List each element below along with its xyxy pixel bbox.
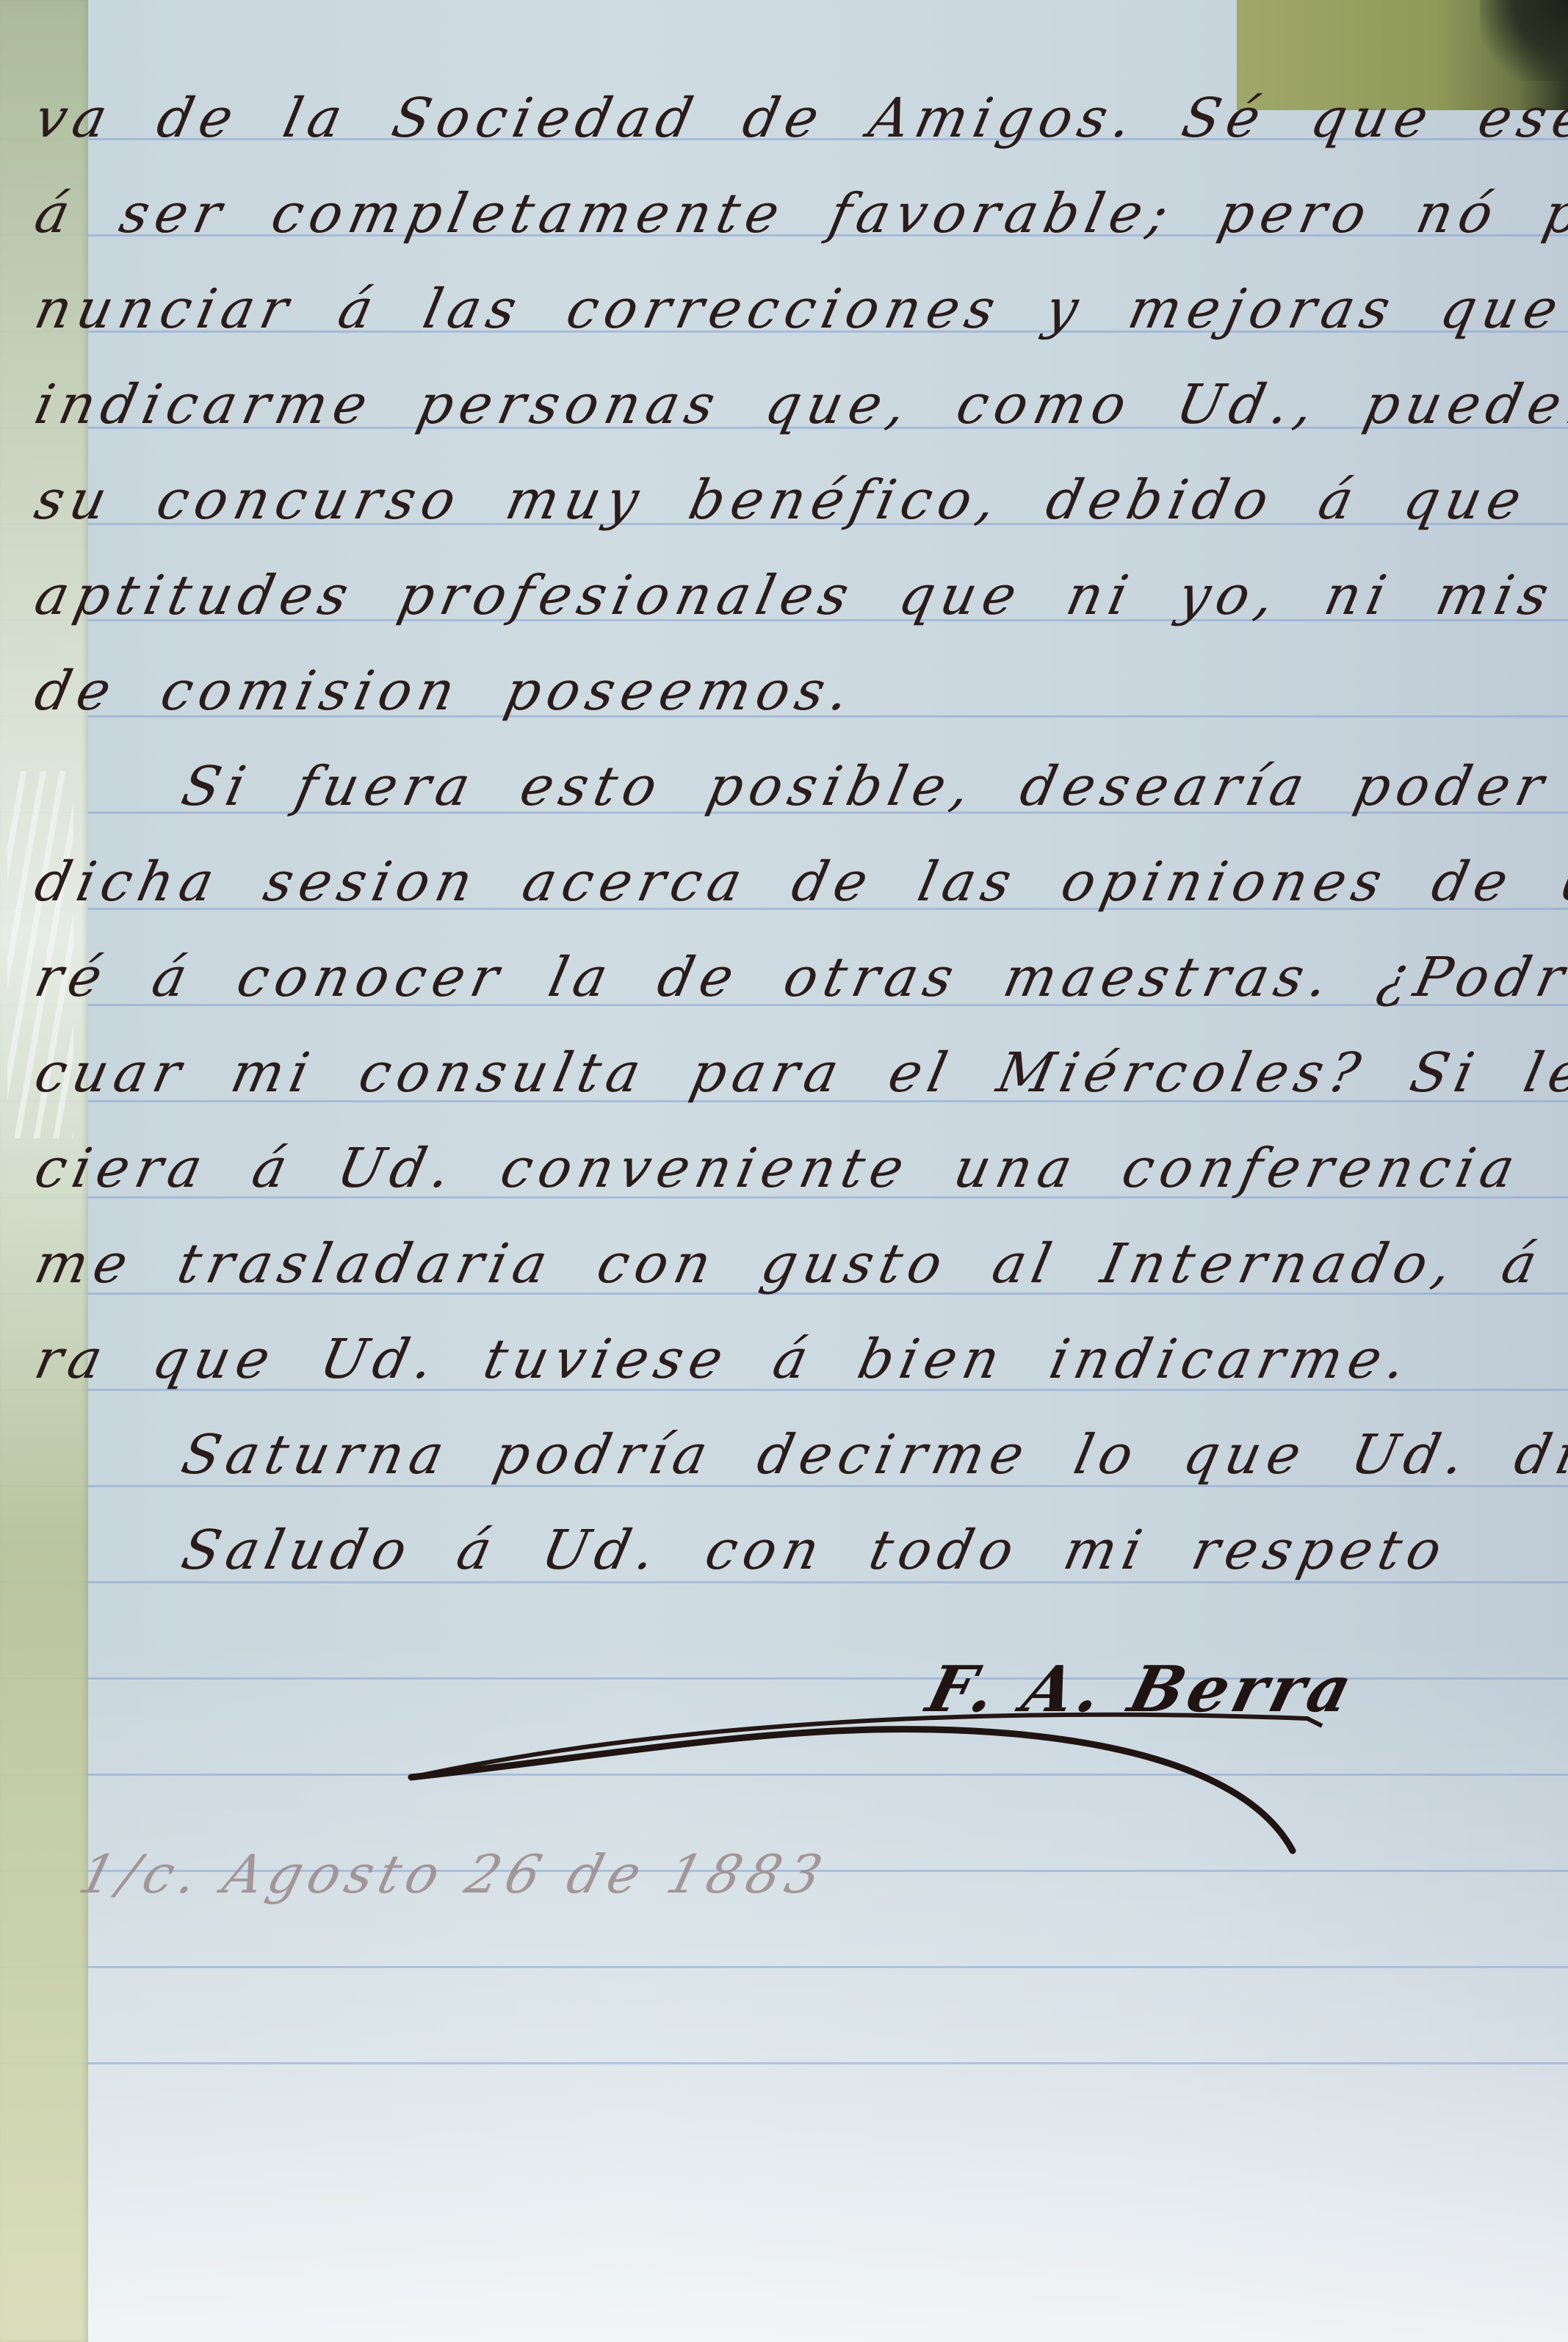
letter-line: dicha sesion acerca de las opiniones de …: [29, 850, 1568, 914]
letter-line: aptitudes profesionales que ni yo, ni mi…: [29, 564, 1568, 627]
letter-line-paragraph-start: Si fuera esto posible, desearía poder in…: [176, 755, 1568, 818]
letter-line: su concurso muy benéfico, debido á que c…: [29, 469, 1568, 532]
letter-line: cuar mi consulta para el Miércoles? Si l…: [29, 1041, 1568, 1105]
letter-line: nunciar á las correcciones y mejoras que…: [29, 278, 1568, 341]
letter-page: va de la Sociedad de Amigos. Sé que ese …: [0, 0, 1568, 2342]
letter-line: de comision poseemos.: [29, 659, 861, 723]
letter-line-closing: Saludo á Ud. con todo mi respeto: [176, 1519, 1453, 1582]
letter-line: ra que Ud. tuviese á bien indicarme.: [29, 1328, 1418, 1391]
letter-line: ré á conocer la de otras maestras. ¿Podr…: [29, 946, 1568, 1009]
letter-line: va de la Sociedad de Amigos. Sé que ese …: [29, 87, 1568, 150]
letter-line: ciera á Ud. conveniente una conferencia …: [29, 1137, 1568, 1200]
letter-line: indicarme personas que, como Ud., pueden…: [29, 373, 1568, 436]
letter-line: á ser completamente favorable; pero nó p…: [29, 182, 1568, 245]
letter-line: me trasladaria con gusto al Internado, á…: [29, 1232, 1568, 1295]
letter-line-paragraph-start: Saturna podría decirme lo que Ud. dispon…: [176, 1423, 1568, 1486]
date-annotation: 1/c. Agosto 26 de 1883: [73, 1843, 834, 1905]
